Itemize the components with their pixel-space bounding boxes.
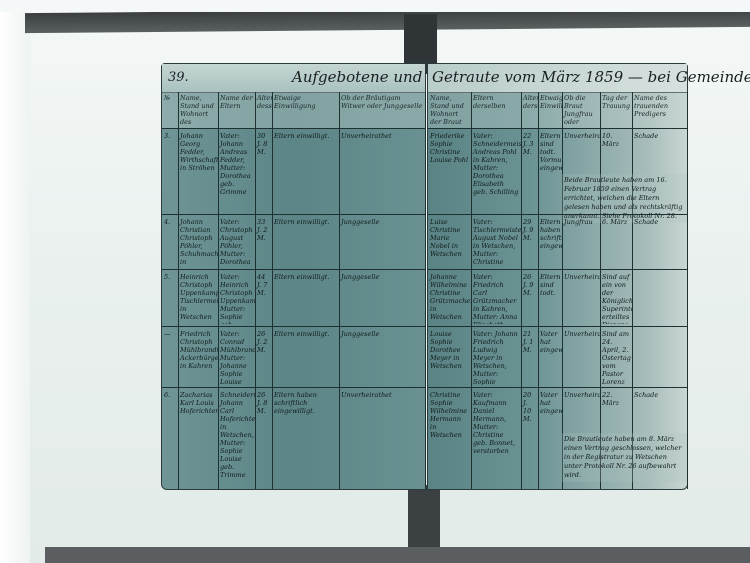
column-header: Tag der Trauung	[600, 94, 632, 126]
row-divider	[162, 128, 425, 129]
table-cell-no: 4.	[162, 218, 178, 267]
table-cell-consent: Eltern einwilligt.	[272, 132, 339, 212]
row-divider	[162, 269, 425, 270]
table-cell-age: 22 J. 3 M.	[521, 132, 538, 212]
table-cell-parents: Vater: Kaufmann Daniel Hermann, Mutter: …	[471, 391, 521, 487]
table-cell-name: Louise Sophie Dorothee Meyer in Wetschen	[428, 330, 471, 385]
marginal-note: Die Brautleute haben am 8. März einen Ve…	[562, 433, 687, 482]
table-cell-parents: Vater: Johann Friedrich Ludwig Meyer in …	[471, 330, 521, 385]
table-cell-parents: Vater: Schneidermeister Andreas Pohl in …	[471, 132, 521, 212]
right-title-bar: Getraute vom März 1859 — bei Gemeinde	[428, 64, 687, 93]
table-cell-consent: Eltern einwilligt.	[272, 218, 339, 267]
table-cell-date: 10. März	[600, 132, 632, 172]
table-cell-no: —	[162, 330, 178, 385]
table-cell-status: Junggeselle	[339, 273, 425, 324]
page-title-right: Getraute vom März 1859 — bei Gemeinde	[432, 68, 750, 86]
column-header: Alter desselben	[255, 94, 272, 126]
table-cell-consent: Eltern haben schriftlich eingewilligt	[538, 218, 562, 267]
table-cell-name: Johanne Wilhelmine Christine Grützmacher…	[428, 273, 471, 324]
table-cell-status: Unverheirathet	[339, 132, 425, 212]
table-cell-status: Unverheirathet	[562, 391, 600, 431]
register-left-page: 39. Aufgebotene und №Name, Stand und Woh…	[161, 63, 426, 490]
column-header: Name, Stand und Wohnort der Braut	[428, 94, 471, 126]
table-cell-no: 3.	[162, 132, 178, 212]
column-header: Etwaige Einwilligung	[538, 94, 562, 126]
table-cell-consent: Eltern einwilligt.	[272, 330, 339, 385]
column-header: Name, Stand und Wohnort des Bräutigams	[178, 94, 218, 126]
table-cell-consent: Eltern sind todt. Vormund eingewilligt	[538, 132, 562, 212]
table-cell-name: Luise Christine Marie Nobel in Wetschen	[428, 218, 471, 267]
row-divider	[428, 269, 687, 270]
table-cell-parents: Vater: Heinrich Christoph Uppenkamp, Mut…	[218, 273, 255, 324]
table-cell-name: Johann Georg Fedder, Wirthschaftsgehilfe…	[178, 132, 218, 212]
table-cell-status: Unverheirathet	[562, 273, 600, 324]
column-header: Ob der Bräutigam Witwer oder Junggeselle	[339, 94, 425, 126]
column-header: Name des trauenden Predigers	[632, 94, 687, 126]
table-cell-name: Heinrich Christoph Uppenkamp, Tischlerme…	[178, 273, 218, 324]
background-margin	[0, 0, 30, 563]
table-cell-consent: Vater hat eingewilligt	[538, 391, 562, 487]
row-divider	[162, 326, 425, 327]
table-cell-parents: Schneidermeister Johann Carl Hoferichter…	[218, 391, 255, 487]
table-cell-pastor: Schade	[632, 218, 687, 267]
row-divider	[428, 387, 687, 388]
table-cell-age: 20 J. 10 M.	[521, 391, 538, 487]
table-cell-status: Jungfrau	[562, 218, 600, 267]
row-divider	[428, 326, 687, 327]
row-divider	[162, 387, 425, 388]
column-header: Ob die Braut Jungfrau oder Witwe	[562, 94, 600, 126]
table-cell-parents: Vater: Conrad Mühlbrandt, Mutter: Johann…	[218, 330, 255, 385]
table-cell-pastor: Schade	[632, 391, 687, 431]
table-cell-consent: Eltern sind todt.	[538, 273, 562, 324]
table-cell-date: Sind auf ein von der Königlichen Superin…	[600, 273, 632, 324]
table-cell-age: 26 J. 8 M.	[255, 391, 272, 487]
table-cell-no: 5.	[162, 273, 178, 324]
register-right-page: Getraute vom März 1859 — bei Gemeinde Na…	[427, 63, 688, 490]
table-cell-name: Friederike Sophie Christine Louise Pohl	[428, 132, 471, 212]
table-cell-age: 33 J. 2 M.	[255, 218, 272, 267]
mount-frame-bottom	[45, 547, 750, 563]
row-divider	[162, 214, 425, 215]
table-cell-age: 44 J. 7 M.	[255, 273, 272, 324]
table-cell-name: Johann Christian Christoph Pöhler, Schuh…	[178, 218, 218, 267]
column-header: Etwaige Einwilligung	[272, 94, 339, 126]
table-cell-age: 26 J. 2 M.	[255, 330, 272, 385]
table-cell-age: 26 J. 9 M.	[521, 273, 538, 324]
left-register-table: №Name, Stand und Wohnort des BräutigamsN…	[162, 92, 425, 489]
row-divider	[428, 128, 687, 129]
table-cell-age: 29 J. 9 M.	[521, 218, 538, 267]
table-cell-consent: Vater hat eingewilligt	[538, 330, 562, 385]
column-header: Name der Eltern	[218, 94, 255, 126]
table-cell-date: 22. März	[600, 391, 632, 431]
table-cell-status: Junggeselle	[339, 330, 425, 385]
table-cell-parents: Vater: Christoph August Pöhler, Mutter: …	[218, 218, 255, 267]
left-title-bar: 39. Aufgebotene und	[162, 64, 425, 93]
table-cell-consent: Eltern haben schriftlich eingewilligt.	[272, 391, 339, 487]
table-cell-date: 6. März	[600, 218, 632, 267]
table-cell-status: Unverheirathet	[562, 132, 600, 172]
table-cell-no: 6.	[162, 391, 178, 487]
table-cell-pastor: Schade	[632, 132, 687, 172]
table-cell-status: Unverheirathet	[339, 391, 425, 487]
table-cell-parents: Vater: Friedrich Carl Grützmacher in Kah…	[471, 273, 521, 324]
table-cell-parents: Vater: Johann Andreas Fedder, Mutter: Do…	[218, 132, 255, 212]
column-header: Eltern derselben	[471, 94, 521, 126]
table-cell-name: Zacharias Karl Louis Hoferichter	[178, 391, 218, 487]
table-cell-name: Friedrich Christoph Mühlbrandt, Ackerbür…	[178, 330, 218, 385]
table-cell-age: 30 J. 8 M.	[255, 132, 272, 212]
column-header: Alter derselben	[521, 94, 538, 126]
top-glare	[0, 0, 750, 12]
page-title-left: Aufgebotene und	[292, 68, 422, 86]
page-number: 39.	[168, 70, 189, 85]
table-cell-age: 21 J. 1 M.	[521, 330, 538, 385]
table-cell-name: Christine Sophie Wilhelmine Hermann in W…	[428, 391, 471, 487]
column-header: №	[162, 94, 178, 126]
table-cell-consent: Eltern einwilligt.	[272, 273, 339, 324]
row-divider	[428, 214, 687, 215]
table-cell-parents: Vater: Tischlermeister August Nobel in W…	[471, 218, 521, 267]
right-register-table: Name, Stand und Wohnort der BrautEltern …	[428, 92, 687, 489]
table-cell-status: Junggeselle	[339, 218, 425, 267]
table-cell-date: Sind am 24. April, 2. Ostertag vom Pasto…	[600, 330, 632, 385]
table-cell-status: Unverheirathet	[562, 330, 600, 385]
marginal-note: Beide Brautleute haben am 16. Februar 18…	[562, 174, 687, 223]
